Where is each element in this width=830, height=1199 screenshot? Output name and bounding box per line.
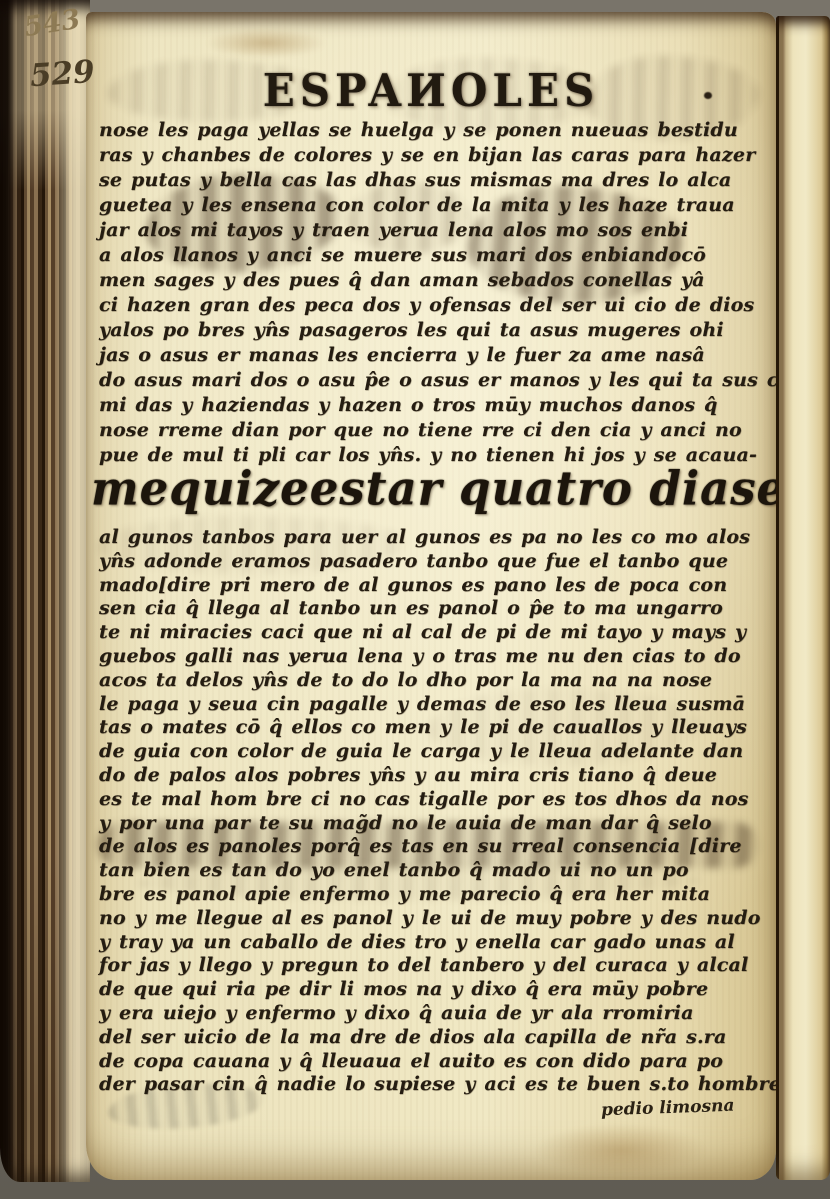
manuscript-line: guebos galli nas yerua lena y o tras me …	[99, 645, 763, 669]
manuscript-line: le paga y seua cin pagalle y demas de es…	[99, 693, 763, 717]
folio-number: 529	[29, 54, 96, 94]
manuscript-line: se putas y bella cas las dhas sus mismas…	[99, 168, 763, 193]
manuscript-line: men sages y des pues q̂ dan aman sebados…	[99, 268, 763, 293]
manuscript-line: ci hazen gran des peca dos y ofensas del…	[99, 293, 763, 318]
manuscript-line: del ser uicio de la ma dre de dios ala c…	[99, 1026, 763, 1050]
manuscript-line: guetea y les ensena con color de la mita…	[99, 193, 763, 218]
paper-stain	[536, 1124, 706, 1176]
body-text-block-1: nose les paga yellas se huelga y se pone…	[99, 118, 763, 468]
manuscript-line: es te mal hom bre ci no cas tigalle por …	[99, 788, 763, 812]
manuscript-line: ras y chanbes de colores y se en bijan l…	[99, 143, 763, 168]
manuscript-line: no y me llegue al es panol y le ui de mu…	[99, 907, 763, 931]
manuscript-line: y por una par te su mag̃d no le auia de …	[99, 812, 763, 836]
manuscript-line: tas o mates cō q̂ ellos co men y le pi d…	[99, 716, 763, 740]
manuscript-line: de copa cauana y q̂ lleuaua el auito es …	[99, 1050, 763, 1074]
manuscript-line: al gunos tanbos para uer al gunos es pa …	[99, 526, 763, 550]
manuscript-page: ESPAИOLES nose les paga yellas se huelga…	[86, 12, 776, 1180]
manuscript-line: de guia con color de guia le carga y le …	[99, 740, 763, 764]
manuscript-line: acos ta delos yn̂s de to do lo dho por l…	[99, 669, 763, 693]
manuscript-line: y era uiejo y enfermo y dixo q̂ auia de …	[99, 1002, 763, 1026]
manuscript-line: bre es panol apie enfermo y me parecio q…	[99, 883, 763, 907]
manuscript-line: de que qui ria pe dir li mos na y dixo q…	[99, 978, 763, 1002]
manuscript-line: tan bien es tan do yo enel tanbo q̂ mado…	[99, 859, 763, 883]
next-page-edge	[776, 16, 830, 1180]
manuscript-line: do asus mari dos o asu p̂e o asus er man…	[99, 368, 763, 393]
manuscript-line: de alos es panoles porq̂ es tas en su rr…	[99, 835, 763, 859]
manuscript-photo: ESPAИOLES nose les paga yellas se huelga…	[0, 0, 830, 1199]
manuscript-line: for jas y llego y pregun to del tanbero …	[99, 954, 763, 978]
manuscript-line: der pasar cin q̂ nadie lo supiese y aci …	[99, 1073, 763, 1097]
manuscript-line: yalos po bres yn̂s pasageros les qui ta …	[99, 318, 763, 343]
body-text-block-2: al gunos tanbos para uer al gunos es pa …	[99, 526, 763, 1097]
manuscript-line: mado[dire pri mero de al gunos es pano l…	[99, 574, 763, 598]
manuscript-line: do de palos alos pobres yn̂s y au mira c…	[99, 764, 763, 788]
paper-stain	[206, 28, 326, 58]
manuscript-line: te ni miracies caci que ni al cal de pi …	[99, 621, 763, 645]
manuscript-line: yn̂s adonde eramos pasadero tanbo que fu…	[99, 550, 763, 574]
page-title: ESPAИOLES	[86, 65, 776, 117]
manuscript-line: jas o asus er manas les encierra y le fu…	[99, 343, 763, 368]
book-binding-edge	[0, 0, 90, 1182]
manuscript-line: jar alos mi tayos y traen yerua lena alo…	[99, 218, 763, 243]
manuscript-line: nose les paga yellas se huelga y se pone…	[99, 118, 763, 143]
manuscript-line: sen cia q̂ llega al tanbo un es panol o …	[99, 597, 763, 621]
manuscript-line: a alos llanos y anci se muere sus mari d…	[99, 243, 763, 268]
manuscript-line: nose rreme dian por que no tiene rre ci …	[99, 418, 763, 443]
section-heading: mequizeestar quatro diasen	[91, 461, 771, 516]
manuscript-line: y tray ya un caballo de dies tro y enell…	[99, 931, 763, 955]
manuscript-line: mi das y haziendas y hazen o tros mūy mu…	[99, 393, 763, 418]
catchword: pedio limosna	[600, 1096, 734, 1121]
